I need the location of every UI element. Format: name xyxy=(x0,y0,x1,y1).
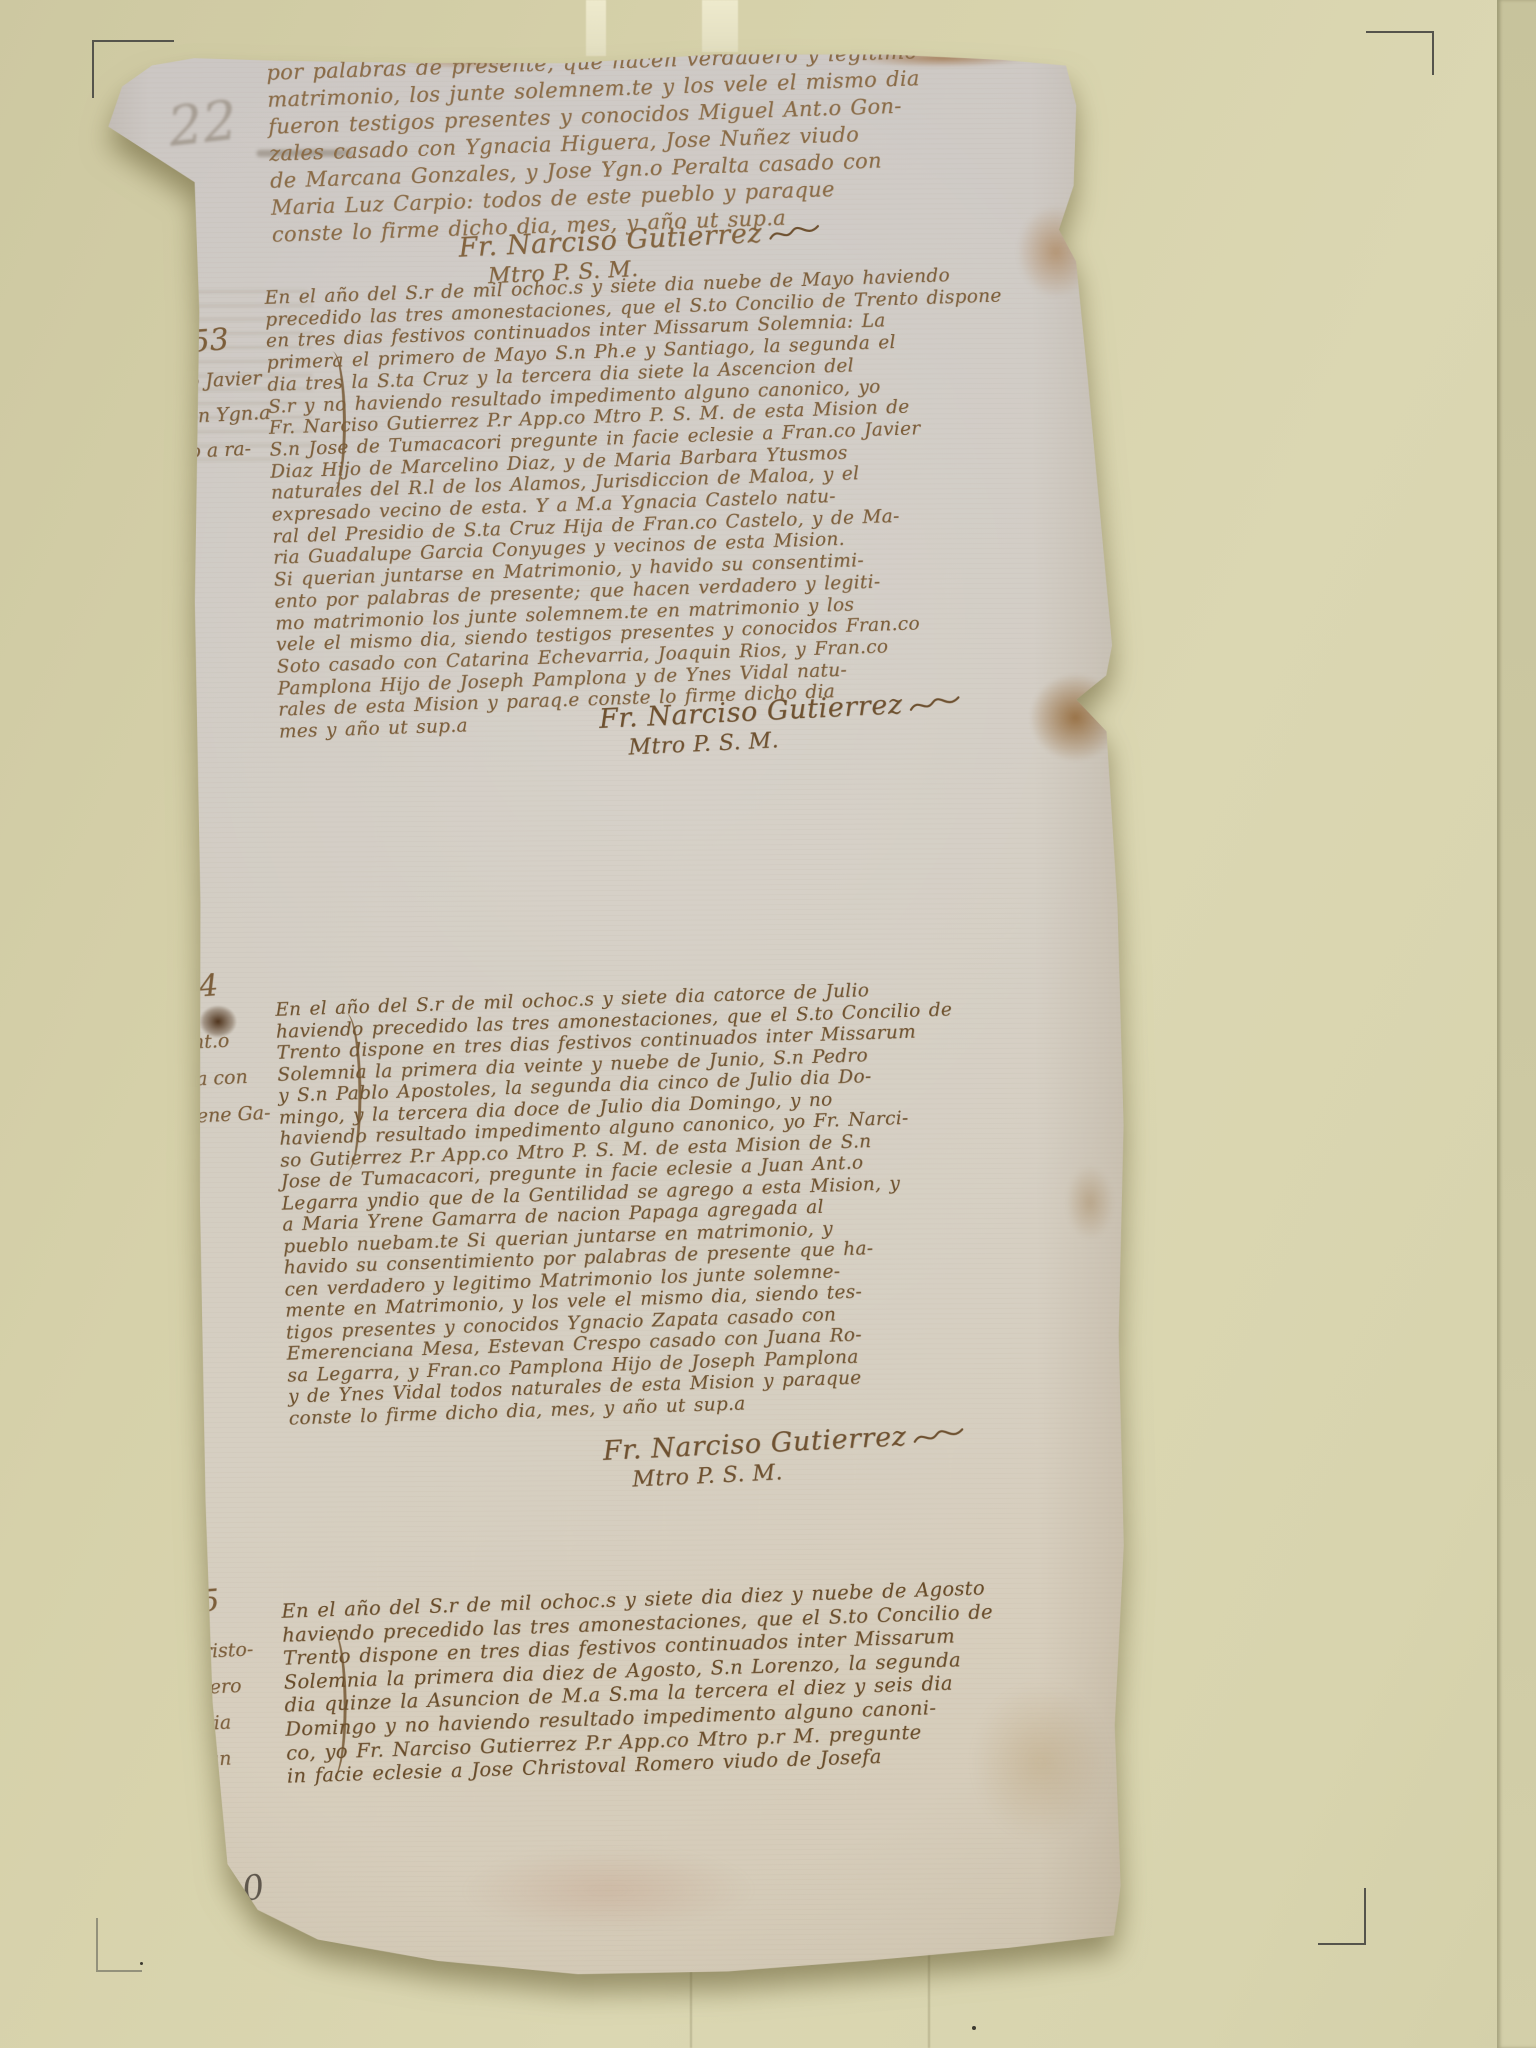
pencil-corner-mark-top-right xyxy=(1366,31,1434,75)
photo-backdrop: 22 por palabras de presente, que hacen v… xyxy=(0,0,1536,2048)
entry-body-text: En el año del S.r de mil ochoc.s y siete… xyxy=(281,1576,998,1788)
backdrop-edge-strip xyxy=(1497,0,1536,2048)
mounting-tab xyxy=(586,0,606,56)
corner-scribble: 22 xyxy=(165,89,240,159)
handwritten-line: marra xyxy=(133,1132,273,1176)
handwritten-line: Madorran xyxy=(134,1739,259,1781)
handwritten-line: con Maria xyxy=(133,1703,258,1745)
signature-block: Fr. Narciso Gutierrez Mtro P. S. M. xyxy=(602,1418,966,1494)
entry-margin-names: Fran.co JavierDiaz con Ygn.aCastelo a ra… xyxy=(125,361,275,508)
bottom-stain xyxy=(463,1847,753,1933)
handwritten-line: zon xyxy=(130,466,275,508)
mounting-tab xyxy=(702,0,738,52)
entry-153: 153 Fran.co JavierDiaz con Ygn.aCastelo … xyxy=(98,47,1122,52)
entry-number: 153 xyxy=(170,322,230,361)
ink-spot xyxy=(148,1614,160,1624)
ink-spot xyxy=(134,885,147,896)
entry-154: 154 Juan Ant.oLegarra conM.a Yrene Ga-ma… xyxy=(98,47,1122,52)
page-number-pencil: 130 xyxy=(193,1867,269,1918)
edge-stain xyxy=(1017,205,1095,297)
handwritten-line: Jose Christo- xyxy=(129,1631,254,1673)
entry-margin-names: Juan Ant.oLegarra conM.a Yrene Ga-marra xyxy=(128,1021,273,1176)
edge-damage-stain xyxy=(1029,673,1121,761)
pencil-corner-mark-bottom-right xyxy=(1318,1888,1366,1945)
handwritten-line: val Romero xyxy=(131,1667,256,1709)
fragment-text: por palabras de presente, que hacen verd… xyxy=(266,47,925,248)
manuscript-page: 22 por palabras de presente, que hacen v… xyxy=(98,47,1132,1980)
entry-margin-names: Jose Christo-val Romerocon MariaMadorran xyxy=(129,1631,259,1781)
signature-rubric-flourish xyxy=(768,222,821,245)
dust-speck xyxy=(972,2026,976,2030)
ink-spot xyxy=(158,1660,167,1668)
entry-number: 154 xyxy=(160,968,220,1007)
previous-entry-fragment: por palabras de presente, que hacen verd… xyxy=(98,47,1122,52)
entry-number: 155 xyxy=(161,1583,221,1622)
ink-spot xyxy=(131,1340,148,1354)
signature-rubric-flourish xyxy=(908,693,961,716)
handwritten-line: M.a Yrene Ga- xyxy=(132,1095,272,1139)
signature-rubric-flourish xyxy=(912,1425,965,1448)
entry-body-text: En el año del S.r de mil ochoc.s y siete… xyxy=(275,977,965,1429)
paper-shadow-wrap: 22 por palabras de presente, que hacen v… xyxy=(98,47,1132,1980)
edge-stain xyxy=(1066,1165,1114,1239)
entry-body-text: En el año del S.r de mil ochoc.s y siete… xyxy=(264,263,1015,743)
entry-155: 155 Jose Christo-val Romerocon MariaMado… xyxy=(98,47,1122,52)
handwritten-line: Castelo a ra- xyxy=(128,431,273,473)
